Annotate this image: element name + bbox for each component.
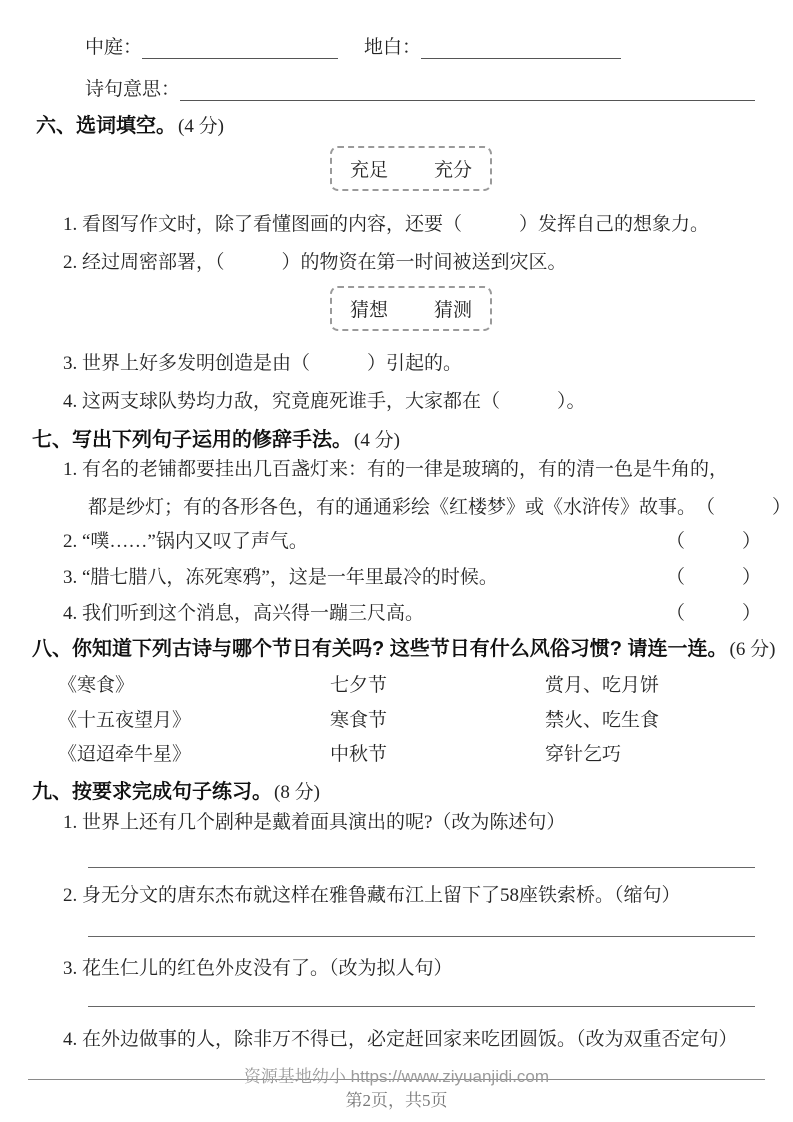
zhongting-blank-line: [142, 36, 338, 59]
section7-header: 七、写出下列句子运用的修辞手法。(4 分): [32, 423, 400, 452]
shiju-label: 诗句意思：: [85, 74, 180, 101]
section9-title: 九、按要求完成句子练习。: [32, 781, 272, 803]
match-festival-1: 七夕节: [330, 670, 387, 697]
word-option: 猜想: [350, 295, 388, 322]
section9-item-2: 2. 身无分文的唐东杰布就这样在雅鲁藏布江上留下了58座铁索桥。（缩句）: [63, 883, 681, 909]
sentence-text: 4. 我们听到这个消息，高兴得一蹦三尺高。: [63, 598, 424, 625]
section7-item-1-line1: 1. 有名的老铺都要挂出几百盏灯来：有的一律是玻璃的，有的清一色是牛角的，: [63, 457, 728, 483]
fill-row-zhongting-dibai: 中庭：地白：: [85, 32, 621, 59]
sentence-text: 3. “腊七腊八，冻死寒鸦”，这是一年里最冷的时候。: [63, 562, 498, 589]
section8-header: 八、你知道下列古诗与哪个节日有关吗? 这些节日有什么风俗习惯? 请连一连。(6 …: [32, 632, 775, 661]
word-option: 充足: [350, 155, 388, 182]
section7-item-4: 4. 我们听到这个消息，高兴得一蹦三尺高。 （ ）: [63, 598, 761, 625]
sentence-text: 都是纱灯；有的各形各色，有的通通彩绘《红楼梦》或《水浒传》故事。: [88, 492, 696, 519]
answer-parens: （ ）: [666, 526, 761, 553]
section7-points: (4 分): [354, 430, 400, 451]
word-option: 充分: [434, 155, 472, 182]
dibai-blank-line: [421, 36, 621, 59]
section6-points: (4 分): [178, 116, 224, 137]
answer-parens: （ ）: [666, 562, 761, 589]
section8-title: 八、你知道下列古诗与哪个节日有关吗? 这些节日有什么风俗习惯? 请连一连。: [32, 638, 728, 660]
match-custom-3: 穿针乞巧: [545, 739, 621, 766]
section6-header: 六、选词填空。(4 分): [36, 109, 224, 138]
section7-item-2: 2. “噗……”锅内又叹了声气。 （ ）: [63, 526, 761, 553]
section8-points: (6 分): [730, 639, 776, 660]
answer-blank-line: [88, 986, 755, 1007]
section7-item-1-line2: 都是纱灯；有的各形各色，有的通通彩绘《红楼梦》或《水浒传》故事。 （ ）: [88, 492, 761, 519]
match-poem-2: 《十五夜望月》: [58, 705, 191, 732]
section9-item-1: 1. 世界上还有几个剧种是戴着面具演出的呢?（改为陈述句）: [63, 810, 565, 836]
word-box-caixiang-caice: 猜想 猜测: [330, 286, 492, 331]
match-festival-3: 中秋节: [330, 739, 387, 766]
section9-points: (8 分): [274, 782, 320, 803]
fill-row-shiju: 诗句意思：: [85, 74, 755, 101]
section7-title: 七、写出下列句子运用的修辞手法。: [32, 429, 352, 451]
section9-item-3: 3. 花生仁儿的红色外皮没有了。（改为拟人句）: [63, 956, 453, 982]
dibai-label: 地白：: [364, 32, 421, 59]
answer-parens: （ ）: [666, 598, 761, 625]
answer-parens: （ ）: [696, 492, 791, 519]
word-option: 猜测: [434, 295, 472, 322]
section6-item-4: 4. 这两支球队势均力敌，究竟鹿死谁手，大家都在（ ）。: [63, 389, 586, 415]
match-poem-3: 《迢迢牵牛星》: [58, 739, 191, 766]
section6-item-3: 3. 世界上好多发明创造是由（ ）引起的。: [63, 351, 462, 377]
answer-blank-line: [88, 916, 755, 937]
answer-blank-line: [88, 847, 755, 868]
section7-item-3: 3. “腊七腊八，冻死寒鸦”，这是一年里最冷的时候。 （ ）: [63, 562, 761, 589]
section9-header: 九、按要求完成句子练习。(8 分): [32, 775, 320, 804]
match-custom-2: 禁火、吃生食: [545, 705, 659, 732]
footer-watermark: 资源基地幼小 https://www.ziyuanjidi.com: [0, 1062, 793, 1087]
section6-item-1: 1. 看图写作文时，除了看懂图画的内容，还要（ ）发挥自己的想象力。: [63, 212, 709, 238]
section9-item-4: 4. 在外边做事的人，除非万不得已，必定赶回家来吃团圆饭。（改为双重否定句）: [63, 1027, 738, 1053]
sentence-text: 2. “噗……”锅内又叹了声气。: [63, 526, 308, 553]
match-custom-1: 赏月、吃月饼: [545, 670, 659, 697]
section6-item-2: 2. 经过周密部署，（ ）的物资在第一时间被送到灾区。: [63, 250, 567, 276]
zhongting-label: 中庭：: [85, 32, 142, 59]
match-poem-1: 《寒食》: [58, 670, 134, 697]
match-festival-2: 寒食节: [330, 705, 387, 732]
word-box-chongzu-chongfen: 充足 充分: [330, 146, 492, 191]
footer-page-number: 第2页，共5页: [0, 1086, 793, 1111]
shiju-blank-line: [180, 78, 755, 101]
section6-title: 六、选词填空。: [36, 115, 176, 137]
test-paper-page: 中庭：地白： 诗句意思： 六、选词填空。(4 分) 充足 充分 1. 看图写作文…: [0, 0, 793, 1122]
